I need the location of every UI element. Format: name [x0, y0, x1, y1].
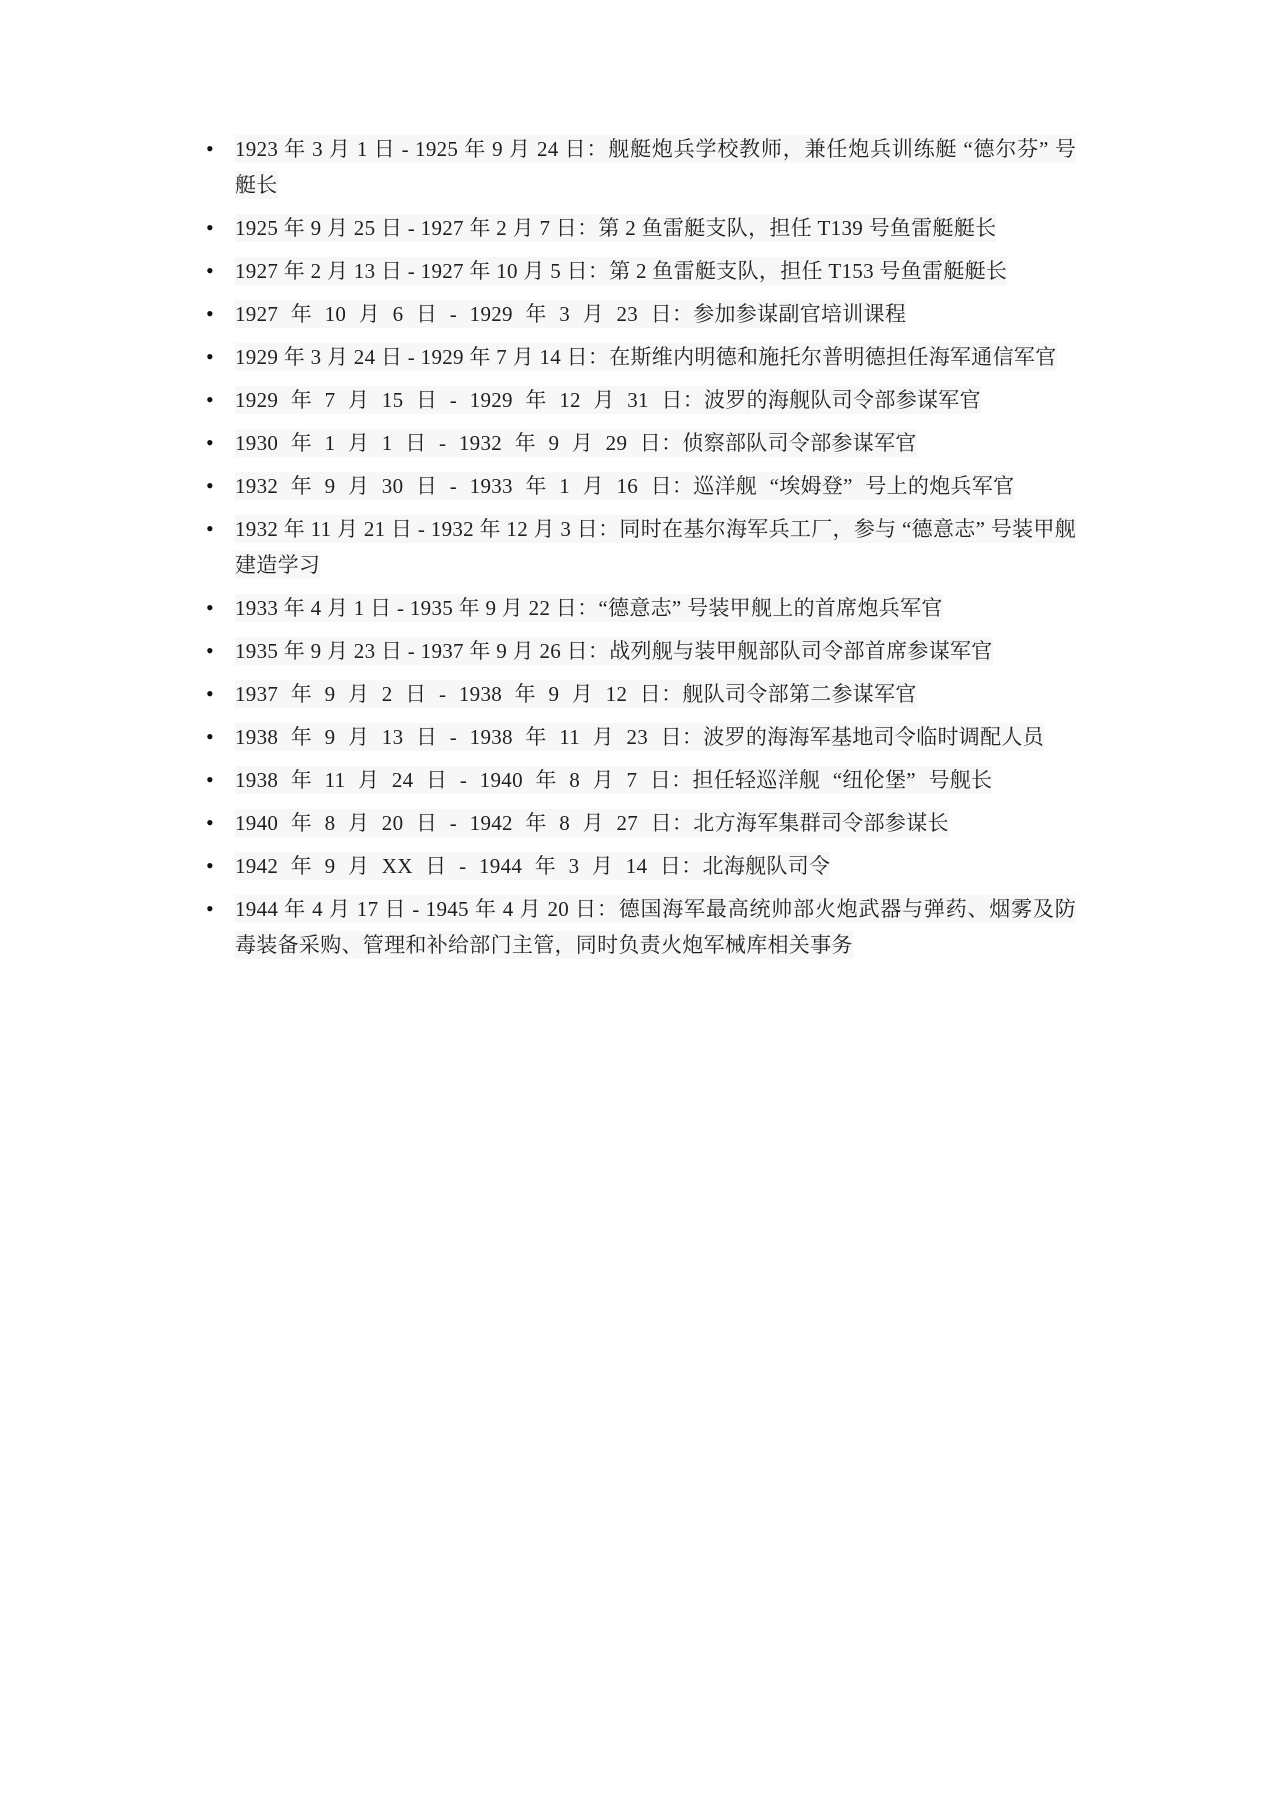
timeline-entry-text: 1944 年 4 月 17 日 - 1945 年 4 月 20 日：德国海军最高… [235, 895, 1076, 959]
timeline-entry-text: 1923 年 3 月 1 日 - 1925 年 9 月 24 日：舰艇炮兵学校教… [235, 135, 1076, 199]
timeline-entry-text: 1942 年 9 月 XX 日 - 1944 年 3 月 14 日：北海舰队司令 [235, 852, 830, 880]
timeline-entry-text: 1927 年 2 月 13 日 - 1927 年 10 月 5 日：第 2 鱼雷… [235, 257, 1007, 285]
list-item: 1942 年 9 月 XX 日 - 1944 年 3 月 14 日：北海舰队司令 [204, 848, 1076, 884]
list-item: 1930 年 1 月 1 日 - 1932 年 9 月 29 日：侦察部队司令部… [204, 425, 1076, 461]
timeline-entry-text: 1925 年 9 月 25 日 - 1927 年 2 月 7 日：第 2 鱼雷艇… [235, 214, 996, 242]
list-item: 1929 年 3 月 24 日 - 1929 年 7 月 14 日：在斯维内明德… [204, 339, 1076, 375]
list-item: 1937 年 9 月 2 日 - 1938 年 9 月 12 日：舰队司令部第二… [204, 676, 1076, 712]
list-item: 1938 年 11 月 24 日 - 1940 年 8 月 7 日：担任轻巡洋舰… [204, 762, 1076, 798]
career-timeline-list: 1923 年 3 月 1 日 - 1925 年 9 月 24 日：舰艇炮兵学校教… [204, 131, 1076, 970]
timeline-entry-text: 1938 年 9 月 13 日 - 1938 年 11 月 23 日：波罗的海海… [235, 723, 1044, 751]
list-item: 1929 年 7 月 15 日 - 1929 年 12 月 31 日：波罗的海舰… [204, 382, 1076, 418]
list-item: 1932 年 11 月 21 日 - 1932 年 12 月 3 日：同时在基尔… [204, 511, 1076, 583]
list-item: 1935 年 9 月 23 日 - 1937 年 9 月 26 日：战列舰与装甲… [204, 633, 1076, 669]
timeline-entry-text: 1929 年 7 月 15 日 - 1929 年 12 月 31 日：波罗的海舰… [235, 386, 981, 414]
list-item: 1923 年 3 月 1 日 - 1925 年 9 月 24 日：舰艇炮兵学校教… [204, 131, 1076, 203]
timeline-entry-text: 1927 年 10 月 6 日 - 1929 年 3 月 23 日：参加参谋副官… [235, 300, 906, 328]
list-item: 1938 年 9 月 13 日 - 1938 年 11 月 23 日：波罗的海海… [204, 719, 1076, 755]
timeline-entry-text: 1932 年 11 月 21 日 - 1932 年 12 月 3 日：同时在基尔… [235, 515, 1076, 579]
timeline-entry-text: 1933 年 4 月 1 日 - 1935 年 9 月 22 日：“德意志” 号… [235, 594, 943, 622]
list-item: 1944 年 4 月 17 日 - 1945 年 4 月 20 日：德国海军最高… [204, 891, 1076, 963]
timeline-entry-text: 1937 年 9 月 2 日 - 1938 年 9 月 12 日：舰队司令部第二… [235, 680, 917, 708]
list-item: 1940 年 8 月 20 日 - 1942 年 8 月 27 日：北方海军集群… [204, 805, 1076, 841]
list-item: 1927 年 2 月 13 日 - 1927 年 10 月 5 日：第 2 鱼雷… [204, 253, 1076, 289]
document-page: 1923 年 3 月 1 日 - 1925 年 9 月 24 日：舰艇炮兵学校教… [0, 0, 1273, 1800]
timeline-entry-text: 1930 年 1 月 1 日 - 1932 年 9 月 29 日：侦察部队司令部… [235, 429, 917, 457]
timeline-entry-text: 1932 年 9 月 30 日 - 1933 年 1 月 16 日：巡洋舰 “埃… [235, 472, 1014, 500]
list-item: 1927 年 10 月 6 日 - 1929 年 3 月 23 日：参加参谋副官… [204, 296, 1076, 332]
timeline-entry-text: 1938 年 11 月 24 日 - 1940 年 8 月 7 日：担任轻巡洋舰… [235, 766, 992, 794]
timeline-entry-text: 1940 年 8 月 20 日 - 1942 年 8 月 27 日：北方海军集群… [235, 809, 949, 837]
timeline-entry-text: 1935 年 9 月 23 日 - 1937 年 9 月 26 日：战列舰与装甲… [235, 637, 993, 665]
list-item: 1932 年 9 月 30 日 - 1933 年 1 月 16 日：巡洋舰 “埃… [204, 468, 1076, 504]
timeline-entry-text: 1929 年 3 月 24 日 - 1929 年 7 月 14 日：在斯维内明德… [235, 343, 1057, 371]
list-item: 1933 年 4 月 1 日 - 1935 年 9 月 22 日：“德意志” 号… [204, 590, 1076, 626]
list-item: 1925 年 9 月 25 日 - 1927 年 2 月 7 日：第 2 鱼雷艇… [204, 210, 1076, 246]
